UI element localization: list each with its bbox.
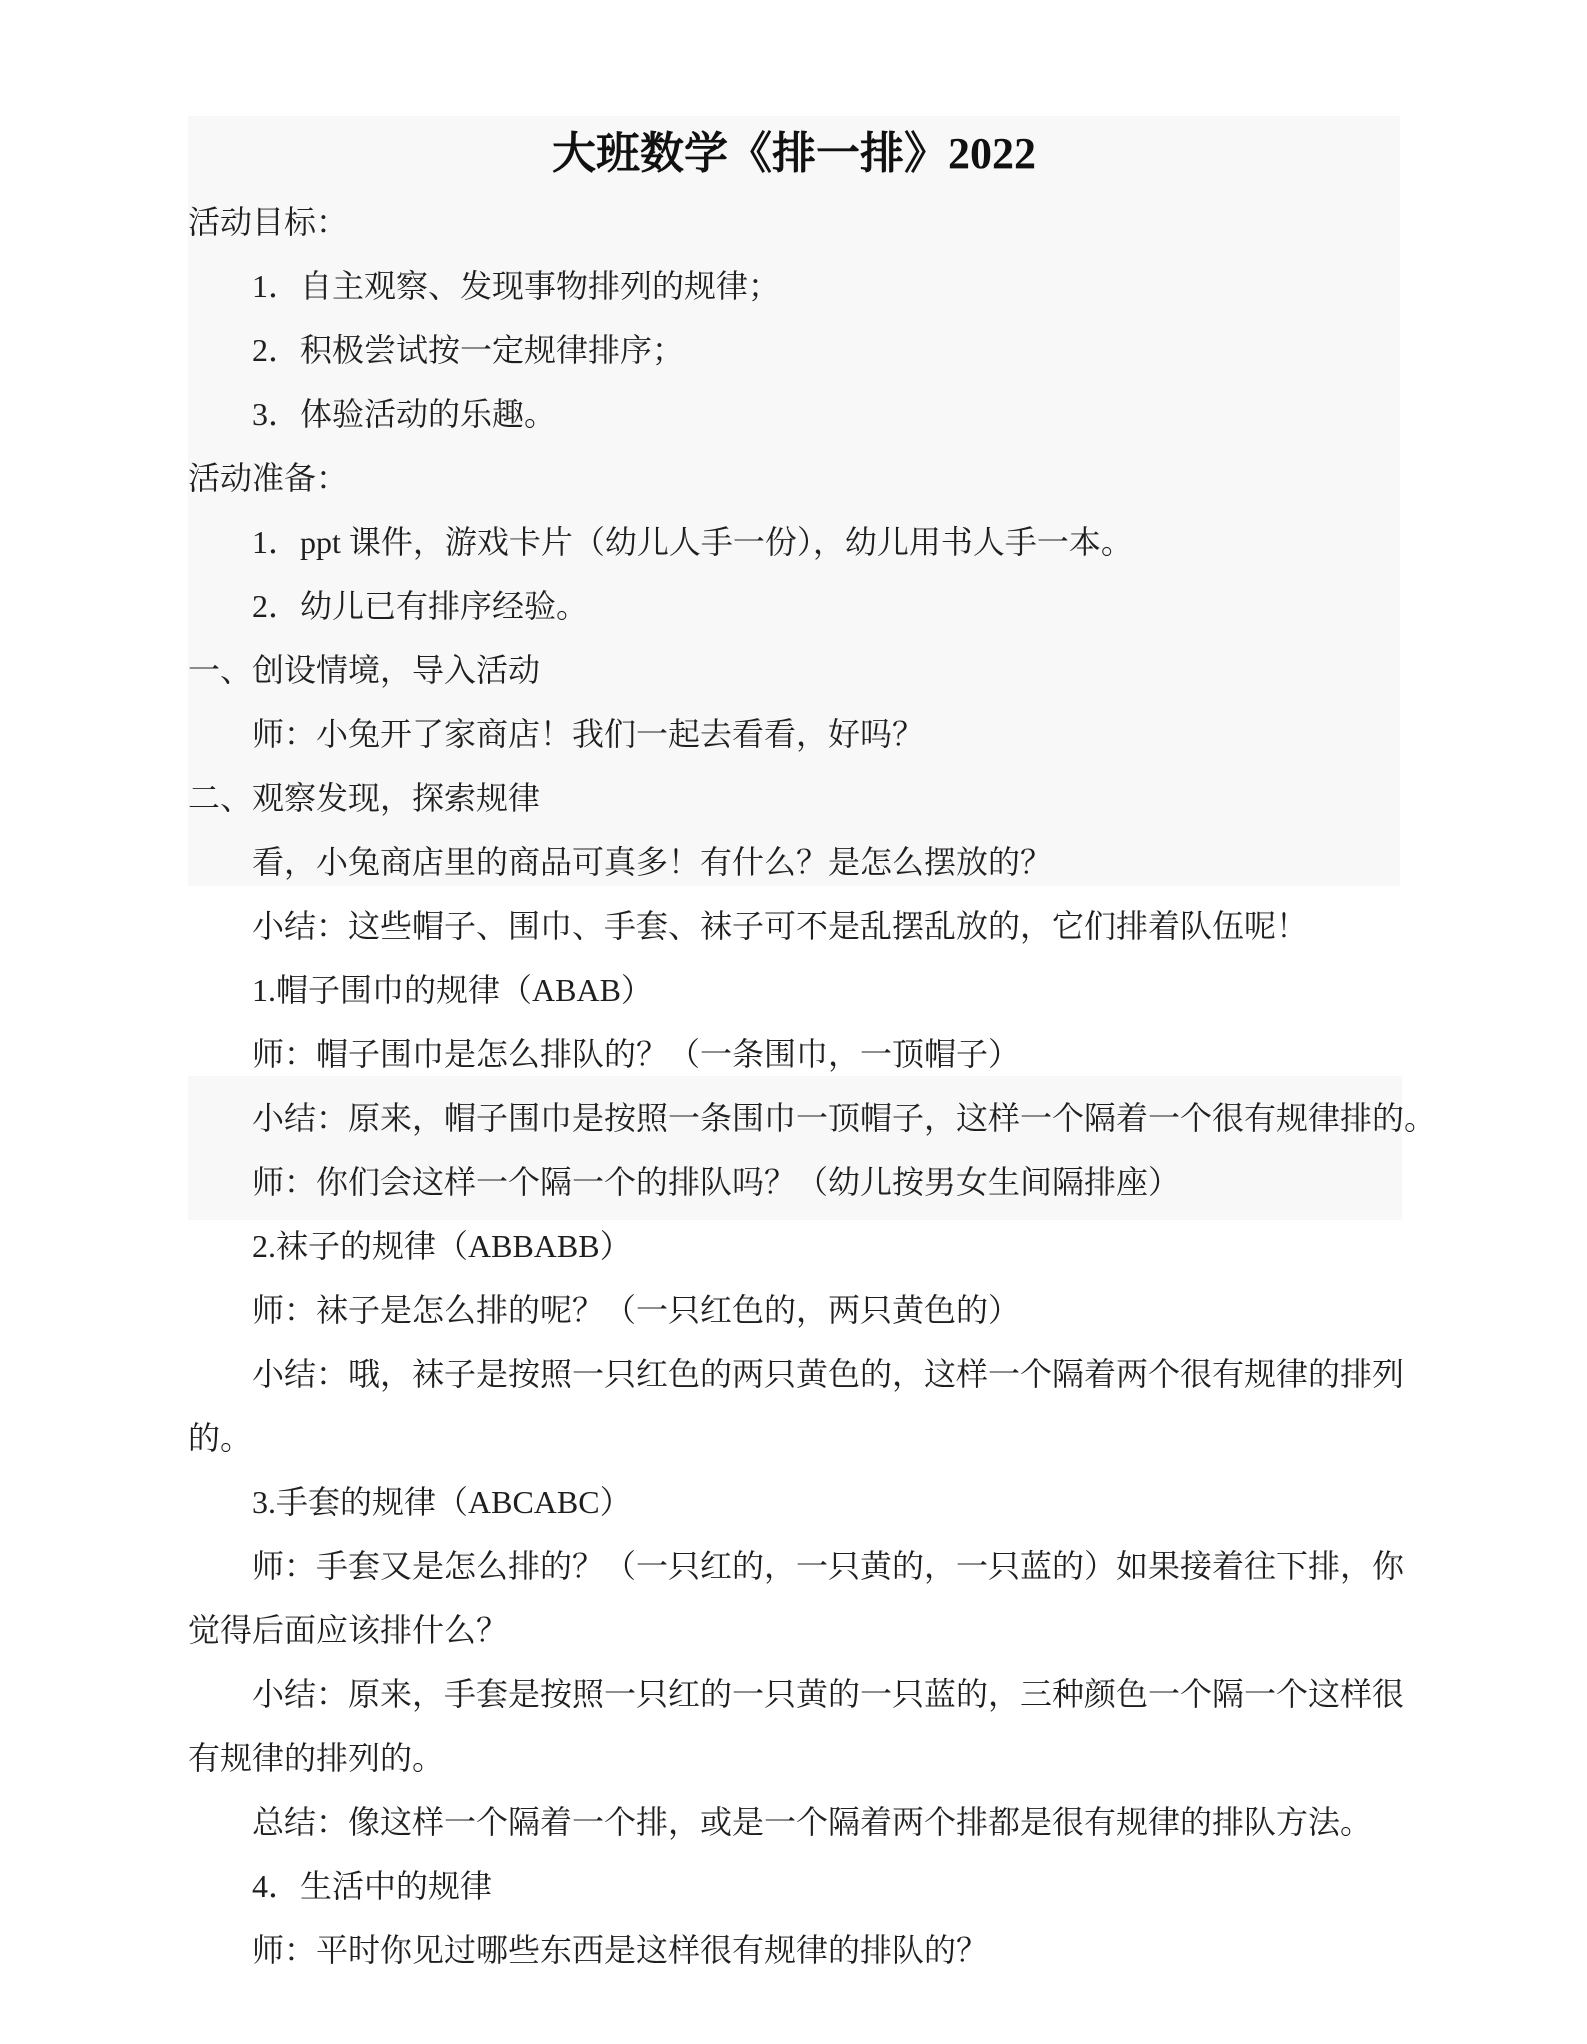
doc-line-teacher-shop: 师：小兔开了家商店！我们一起去看看，好吗？ [188,702,1400,766]
document-title: 大班数学《排一排》2022 [188,118,1400,190]
document-content: 大班数学《排一排》2022 活动目标： 1．自主观察、发现事物排列的规律； 2．… [188,118,1400,1982]
doc-line-summary-socks-cont: 的。 [188,1406,1400,1470]
doc-line-summary-hat: 小结：原来，帽子围巾是按照一条围巾一顶帽子，这样一个隔着一个很有规律排的。 [188,1086,1400,1150]
doc-line-rule-abcabc: 3.手套的规律（ABCABC） [188,1470,1400,1534]
doc-line-goal-1: 1．自主观察、发现事物排列的规律； [188,254,1400,318]
document-page: { "doc": { "title": "大班数学《排一排》2022", "co… [0,0,1587,2044]
doc-line-summary-socks: 小结：哦，袜子是按照一只红色的两只黄色的，这样一个隔着两个很有规律的排列 [188,1342,1400,1406]
doc-line-section-1: 一、创设情境，导入活动 [188,638,1400,702]
doc-line-teacher-hat: 师：帽子围巾是怎么排队的？（一条围巾，一顶帽子） [188,1022,1400,1086]
doc-line-rule-life: 4．生活中的规律 [188,1854,1400,1918]
doc-line-goal-heading: 活动目标： [188,190,1400,254]
doc-line-prep-1: 1．ppt 课件，游戏卡片（幼儿人手一份），幼儿用书人手一本。 [188,510,1400,574]
doc-line-teacher-gloves: 师：手套又是怎么排的？（一只红的，一只黄的，一只蓝的）如果接着往下排，你 [188,1534,1400,1598]
doc-line-rule-abbabb: 2.袜子的规律（ABBABB） [188,1214,1400,1278]
doc-line-look: 看，小兔商店里的商品可真多！有什么？是怎么摆放的？ [188,830,1400,894]
doc-line-goal-2: 2．积极尝试按一定规律排序； [188,318,1400,382]
doc-line-goal-3: 3．体验活动的乐趣。 [188,382,1400,446]
doc-line-summary-items: 小结：这些帽子、围巾、手套、袜子可不是乱摆乱放的，它们排着队伍呢！ [188,894,1400,958]
doc-line-final-summary: 总结：像这样一个隔着一个排，或是一个隔着两个排都是很有规律的排队方法。 [188,1790,1400,1854]
doc-line-prep-2: 2．幼儿已有排序经验。 [188,574,1400,638]
doc-line-prep-heading: 活动准备： [188,446,1400,510]
doc-line-teacher-gloves-cont: 觉得后面应该排什么？ [188,1598,1400,1662]
doc-line-teacher-queue: 师：你们会这样一个隔一个的排队吗？（幼儿按男女生间隔排座） [188,1150,1400,1214]
doc-line-teacher-life: 师：平时你见过哪些东西是这样很有规律的排队的？ [188,1918,1400,1982]
doc-line-summary-gloves-cont: 有规律的排列的。 [188,1726,1400,1790]
doc-line-teacher-socks: 师：袜子是怎么排的呢？（一只红色的，两只黄色的） [188,1278,1400,1342]
doc-line-rule-abab: 1.帽子围巾的规律（ABAB） [188,958,1400,1022]
doc-line-summary-gloves: 小结：原来，手套是按照一只红的一只黄的一只蓝的，三种颜色一个隔一个这样很 [188,1662,1400,1726]
doc-line-section-2: 二、观察发现，探索规律 [188,766,1400,830]
